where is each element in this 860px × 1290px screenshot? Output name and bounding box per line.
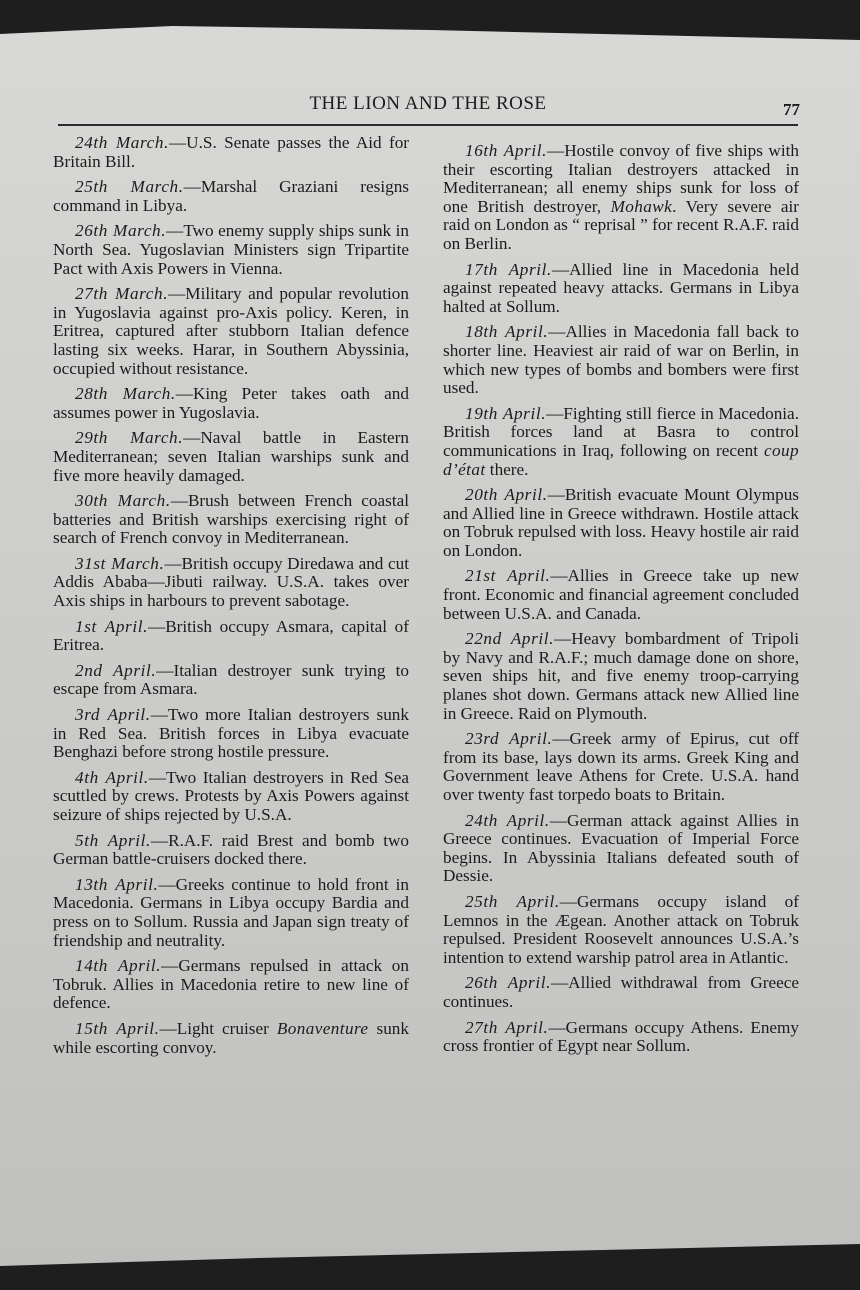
left-column: 24th March.—U.S. Senate passes the Aid f… xyxy=(53,134,409,1064)
chronology-entry: 19th April.—Fighting still fierce in Mac… xyxy=(443,405,799,479)
entry-date: 27th April. xyxy=(465,1018,548,1037)
chronology-entry: 25th April.—Germans occupy island of Lem… xyxy=(443,893,799,967)
chronology-entry: 26th April.—Allied withdrawal from Greec… xyxy=(443,974,799,1011)
entry-date: 19th April. xyxy=(465,404,546,423)
entry-date: 5th April. xyxy=(75,831,151,850)
chronology-entry: 16th April.—Hostile convoy of five ships… xyxy=(443,142,799,254)
entry-date: 26th March. xyxy=(75,221,166,240)
entry-date: 31st March. xyxy=(75,554,164,573)
entry-date: 14th April. xyxy=(75,956,161,975)
entry-date: 17th April. xyxy=(465,260,552,279)
entry-date: 23rd April. xyxy=(465,729,552,748)
entry-text: —Light cruiser xyxy=(160,1019,277,1038)
entry-text: there. xyxy=(486,460,529,479)
chronology-entry: 3rd April.—Two more Italian destroyers s… xyxy=(53,706,409,762)
entry-date: 27th March. xyxy=(75,284,168,303)
chronology-entry: 14th April.—Germans repulsed in attack o… xyxy=(53,957,409,1013)
entry-date: 4th April. xyxy=(75,768,149,787)
entry-date: 26th April. xyxy=(465,973,551,992)
chronology-entry: 29th March.—Naval battle in Eastern Medi… xyxy=(53,429,409,485)
chronology-entry: 1st April.—British occupy Asmara, capita… xyxy=(53,618,409,655)
chronology-entry: 24th April.—German attack against Allies… xyxy=(443,812,799,886)
right-column: 16th April.—Hostile convoy of five ships… xyxy=(443,142,799,1063)
chronology-entry: 13th April.—Greeks continue to hold fron… xyxy=(53,876,409,950)
entry-date: 21st April. xyxy=(465,566,550,585)
entry-date: 25th March. xyxy=(75,177,184,196)
chronology-entry: 22nd April.—Heavy bombardment of Tripoli… xyxy=(443,630,799,723)
entry-date: 2nd April. xyxy=(75,661,156,680)
entry-date: 20th April. xyxy=(465,485,548,504)
chronology-entry: 20th April.—British evacuate Mount Olymp… xyxy=(443,486,799,560)
chronology-entry: 17th April.—Allied line in Macedonia hel… xyxy=(443,261,799,317)
page-number: 77 xyxy=(783,100,800,120)
chronology-entry: 27th April.—Germans occupy Athens. Enemy… xyxy=(443,1019,799,1056)
chronology-entry: 5th April.—R.A.F. raid Brest and bomb tw… xyxy=(53,832,409,869)
entry-date: 28th March. xyxy=(75,384,176,403)
entry-date: 3rd April. xyxy=(75,705,151,724)
chronology-entry: 30th March.—Brush between French coastal… xyxy=(53,492,409,548)
entry-date: 24th April. xyxy=(465,811,550,830)
ship-name: Mohawk xyxy=(611,197,673,216)
chronology-entry: 28th March.—King Peter takes oath and as… xyxy=(53,385,409,422)
entry-date: 16th April. xyxy=(465,141,547,160)
book-page: THE LION AND THE ROSE 77 24th March.—U.S… xyxy=(0,26,860,1266)
chronology-entry: 4th April.—Two Italian destroyers in Red… xyxy=(53,769,409,825)
chronology-entry: 25th March.—Marshal Graziani resigns com… xyxy=(53,178,409,215)
running-title: THE LION AND THE ROSE xyxy=(58,93,798,115)
entry-date: 22nd April. xyxy=(465,629,554,648)
chronology-entry: 31st March.—British occupy Diredawa and … xyxy=(53,555,409,611)
running-header: THE LION AND THE ROSE 77 xyxy=(58,88,798,126)
chronology-entry: 2nd April.—Italian destroyer sunk try­in… xyxy=(53,662,409,699)
entry-date: 24th March. xyxy=(75,133,169,152)
chronology-entry: 23rd April.—Greek army of Epirus, cut of… xyxy=(443,730,799,804)
chronology-entry: 18th April.—Allies in Macedonia fall bac… xyxy=(443,323,799,397)
entry-date: 30th March. xyxy=(75,491,171,510)
chronology-entry: 15th April.—Light cruiser Bonaventure su… xyxy=(53,1020,409,1057)
entry-date: 1st April. xyxy=(75,617,148,636)
entry-date: 25th April. xyxy=(465,892,560,911)
entry-date: 15th April. xyxy=(75,1019,160,1038)
ship-name: Bonaventure xyxy=(277,1019,369,1038)
chronology-entry: 26th March.—Two enemy supply ships sunk … xyxy=(53,222,409,278)
chronology-entry: 27th March.—Military and popular revo­lu… xyxy=(53,285,409,378)
chronology-entry: 24th March.—U.S. Senate passes the Aid f… xyxy=(53,134,409,171)
chronology-entry: 21st April.—Allies in Greece take up new… xyxy=(443,567,799,623)
entry-date: 18th April. xyxy=(465,322,548,341)
entry-date: 13th April. xyxy=(75,875,158,894)
entry-date: 29th March. xyxy=(75,428,183,447)
